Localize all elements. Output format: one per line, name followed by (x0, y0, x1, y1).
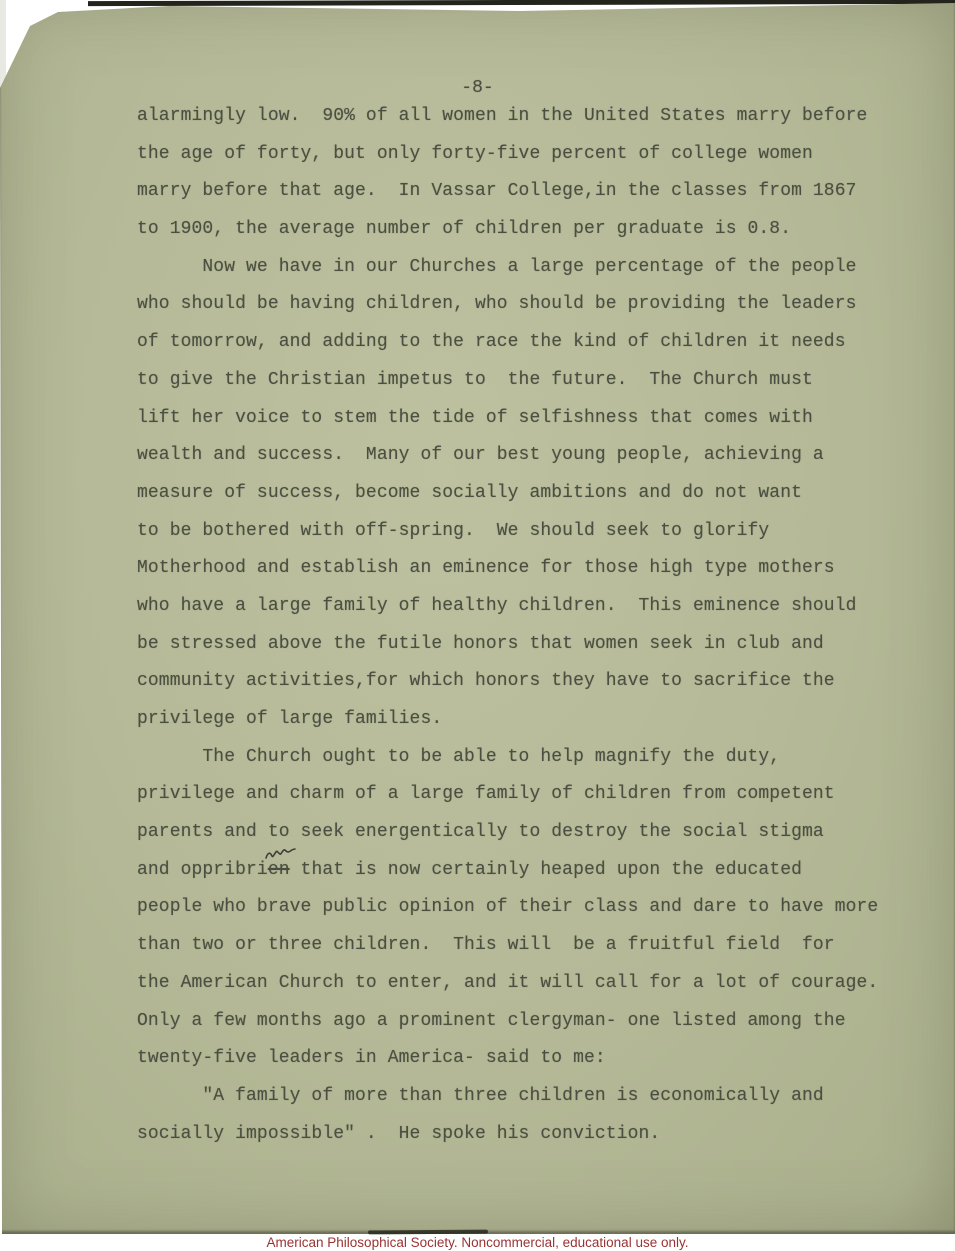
typed-line: of tomorrow, and adding to the race the … (137, 332, 897, 370)
typed-line: to 1900, the average number of children … (137, 219, 897, 257)
typed-line: parents and to seek energentically to de… (137, 822, 897, 860)
typed-line: who have a large family of healthy child… (137, 596, 897, 634)
typed-line: than two or three children. This will be… (137, 935, 897, 973)
typed-line: Only a few months ago a prominent clergy… (137, 1011, 897, 1049)
typewritten-page: -8- alarmingly low. 90% of all women in … (0, 2, 955, 1234)
archive-credit-line: American Philosophical Society. Noncomme… (0, 1235, 955, 1250)
typed-line: lift her voice to stem the tide of selfi… (137, 408, 897, 446)
typed-line: to give the Christian impetus to the fut… (137, 370, 897, 408)
scan-bottom-edge-smudge (368, 1230, 488, 1235)
typed-lines: alarmingly low. 90% of all women in the … (137, 106, 897, 1161)
typed-line: The Church ought to be able to help magn… (137, 747, 897, 785)
typed-line: alarmingly low. 90% of all women in the … (137, 106, 897, 144)
typed-line: Motherhood and establish an eminence for… (137, 558, 897, 596)
struck-out-text: en (268, 860, 290, 880)
scan-top-edge (88, 0, 955, 6)
typed-line: community activities,for which honors th… (137, 671, 897, 709)
typed-line: privilege of large families. (137, 709, 897, 747)
typed-line: "A family of more than three children is… (137, 1086, 897, 1124)
typed-line: and oppribrien that is now certainly hea… (137, 860, 897, 898)
typed-line: Now we have in our Churches a large perc… (137, 257, 897, 295)
typed-text-segment: that is now certainly heaped upon the ed… (290, 860, 802, 880)
typed-line: who should be having children, who shoul… (137, 294, 897, 332)
typed-line: privilege and charm of a large family of… (137, 784, 897, 822)
typed-line: be stressed above the futile honors that… (137, 634, 897, 672)
typed-line: the age of forty, but only forty-five pe… (137, 144, 897, 182)
typed-line: people who brave public opinion of their… (137, 897, 897, 935)
handwritten-correction-squiggle (264, 845, 300, 861)
typed-line: to be bothered with off-spring. We shoul… (137, 521, 897, 559)
typed-line: socially impossible" . He spoke his conv… (137, 1124, 897, 1162)
page-number: -8- (0, 78, 955, 98)
typed-line: measure of success, become socially ambi… (137, 483, 897, 521)
typed-line: marry before that age. In Vassar College… (137, 181, 897, 219)
typed-line: twenty-five leaders in America- said to … (137, 1048, 897, 1086)
typed-text-segment: and oppribri (137, 860, 268, 880)
typed-line: wealth and success. Many of our best you… (137, 445, 897, 483)
typed-line: the American Church to enter, and it wil… (137, 973, 897, 1011)
